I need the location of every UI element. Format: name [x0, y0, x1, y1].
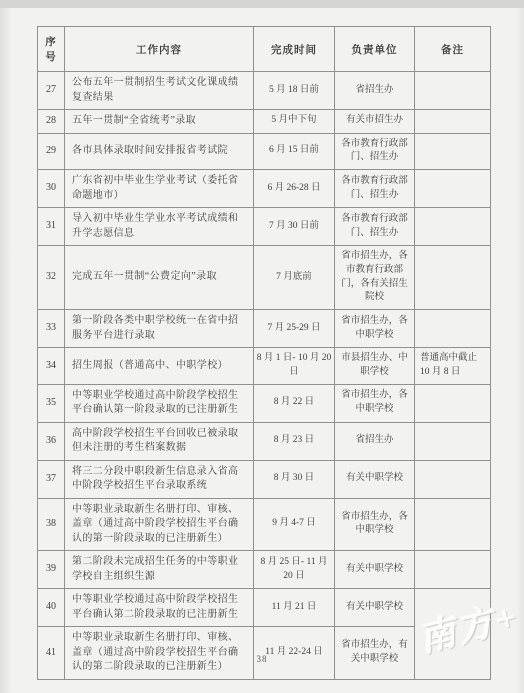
completion-time-cell: 9 月 4-7 日 [254, 498, 335, 551]
row-number-cell: 33 [38, 310, 65, 348]
header-remark: 备注 [415, 27, 491, 72]
work-content-cell: 导入初中毕业生学业水平考试成绩和升学志愿信息 [65, 208, 254, 246]
schedule-table: 序号 工作内容 完成时间 负责单位 备注 27 公布五年一贯制招生考试文化课成绩… [37, 26, 491, 680]
table-row: 31 导入初中毕业生学业水平考试成绩和升学志愿信息 7 月 30 日前 各市教育… [38, 208, 491, 246]
header-completion-time: 完成时间 [254, 27, 335, 72]
document-page: 序号 工作内容 完成时间 负责单位 备注 27 公布五年一贯制招生考试文化课成绩… [0, 0, 524, 693]
completion-time-cell: 8 月 23 日 [254, 422, 335, 460]
remark-cell [415, 208, 491, 246]
completion-time-cell: 6 月 15 日前 [254, 133, 335, 170]
remark-cell: 普通高中截止 10 月 8 日 [415, 348, 491, 385]
remark-cell [415, 133, 491, 170]
row-number-cell: 32 [38, 246, 65, 310]
table-row: 29 各市具体录取时间安排报省考试院 6 月 15 日前 各市教育行政部门、招生… [38, 133, 491, 170]
completion-time-cell: 5 月中下旬 [254, 110, 335, 134]
table-row: 37 将三二分段中职段新生信息录入省高中阶段学校招生平台录取系统 8 月 30 … [38, 460, 491, 498]
row-number-cell: 27 [38, 72, 65, 110]
scan-left-edge [0, 8, 12, 693]
row-number-cell: 34 [38, 348, 65, 385]
row-number-cell: 40 [38, 589, 65, 627]
completion-time-cell: 5 月 18 日前 [254, 72, 335, 110]
scan-right-edge [516, 8, 524, 693]
completion-time-cell: 8 月 1 日- 10 月 20 日 [254, 348, 335, 385]
responsible-unit-cell: 有关中职学校 [335, 551, 415, 589]
remark-cell [415, 551, 491, 589]
table-row: 39 第二阶段未完成招生任务的中等职业学校自主组织生源 8 月 25 日- 11… [38, 551, 491, 589]
remark-cell [415, 110, 491, 134]
responsible-unit-cell: 省市招生办，有关中职学校 [335, 627, 415, 680]
header-work-content: 工作内容 [65, 27, 254, 72]
remark-cell [415, 310, 491, 348]
work-content-cell: 中等职业录取新生名册打印、审核、盖章（通过高中阶段学校招生平台确认的第二阶段录取… [65, 627, 254, 680]
work-content-cell: 完成五年一贯制“公费定向”录取 [65, 246, 254, 310]
work-content-cell: 招生周报（普通高中、中职学校） [65, 348, 254, 385]
remark-cell [415, 422, 491, 460]
scan-top-edge [0, 0, 524, 8]
work-content-cell: 公布五年一贯制招生考试文化课成绩复查结果 [65, 72, 254, 110]
responsible-unit-cell: 市县招生办、中职学校 [335, 348, 415, 385]
table-row: 34 招生周报（普通高中、中职学校） 8 月 1 日- 10 月 20 日 市县… [38, 348, 491, 385]
responsible-unit-cell: 省招生办 [335, 72, 415, 110]
row-number-cell: 41 [38, 627, 65, 680]
row-number-cell: 37 [38, 460, 65, 498]
completion-time-cell: 8 月 25 日- 11 月 20 日 [254, 551, 335, 589]
work-content-cell: 各市具体录取时间安排报省考试院 [65, 133, 254, 170]
work-content-cell: 中等职业学校通过高中阶段学校招生平台确认第二阶段录取的已注册新生 [65, 589, 254, 627]
responsible-unit-cell: 有关中职学校 [335, 460, 415, 498]
header-row-number: 序号 [38, 27, 65, 72]
table-header-row: 序号 工作内容 完成时间 负责单位 备注 [38, 27, 491, 72]
completion-time-cell: 8 月 30 日 [254, 460, 335, 498]
row-number-cell: 30 [38, 170, 65, 208]
work-content-cell: 高中阶段学校招生平台回收已被录取但未注册的考生档案数据 [65, 422, 254, 460]
responsible-unit-cell: 省招生办 [335, 422, 415, 460]
row-number-cell: 35 [38, 384, 65, 422]
responsible-unit-cell: 省市招生办，各中职学校 [335, 310, 415, 348]
completion-time-cell: 11 月 21 日 [254, 589, 335, 627]
responsible-unit-cell: 各市教育行政部门、招生办 [335, 170, 415, 208]
row-number-cell: 28 [38, 110, 65, 134]
row-number-cell: 29 [38, 133, 65, 170]
responsible-unit-cell: 各市教育行政部门、招生办 [335, 208, 415, 246]
table-row: 30 广东省初中毕业生学业考试（委托省命题地市） 6 月 26-28 日 各市教… [38, 170, 491, 208]
table-row: 33 第一阶段各类中职学校统一在省中招服务平台进行录取 7 月 25-29 日 … [38, 310, 491, 348]
remark-cell [415, 384, 491, 422]
completion-time-cell: 6 月 26-28 日 [254, 170, 335, 208]
completion-time-cell: 7 月 25-29 日 [254, 310, 335, 348]
work-content-cell: 第一阶段各类中职学校统一在省中招服务平台进行录取 [65, 310, 254, 348]
responsible-unit-cell: 有关市招生办 [335, 110, 415, 134]
row-number-cell: 36 [38, 422, 65, 460]
completion-time-cell: 8 月 22 日 [254, 384, 335, 422]
table-row: 32 完成五年一贯制“公费定向”录取 7 月底前 省市招生办，各市教育行政部门，… [38, 246, 491, 310]
completion-time-cell: 11 月 22-24 日 [254, 627, 335, 680]
work-content-cell: 中等职业学校通过高中阶段学校招生平台确认第一阶段录取的已注册新生 [65, 384, 254, 422]
remark-cell [415, 498, 491, 551]
table-row: 35 中等职业学校通过高中阶段学校招生平台确认第一阶段录取的已注册新生 8 月 … [38, 384, 491, 422]
responsible-unit-cell: 各市教育行政部门、招生办 [335, 133, 415, 170]
responsible-unit-cell: 有关中职学校 [335, 589, 415, 627]
table-row: 28 五年一贯制“全省统考”录取 5 月中下旬 有关市招生办 [38, 110, 491, 134]
work-content-cell: 广东省初中毕业生学业考试（委托省命题地市） [65, 170, 254, 208]
work-content-cell: 中等职业录取新生名册打印、审核、盖章（通过高中阶段学校招生平台确认的第一阶段录取… [65, 498, 254, 551]
row-number-cell: 31 [38, 208, 65, 246]
responsible-unit-cell: 省市招生办，各中职学校 [335, 384, 415, 422]
header-responsible-unit: 负责单位 [335, 27, 415, 72]
responsible-unit-cell: 省市招生办，各中职学校 [335, 498, 415, 551]
table-row: 27 公布五年一贯制招生考试文化课成绩复查结果 5 月 18 日前 省招生办 [38, 72, 491, 110]
work-content-cell: 将三二分段中职段新生信息录入省高中阶段学校招生平台录取系统 [65, 460, 254, 498]
table-row: 38 中等职业录取新生名册打印、审核、盖章（通过高中阶段学校招生平台确认的第一阶… [38, 498, 491, 551]
work-content-cell: 第二阶段未完成招生任务的中等职业学校自主组织生源 [65, 551, 254, 589]
row-number-cell: 39 [38, 551, 65, 589]
work-content-cell: 五年一贯制“全省统考”录取 [65, 110, 254, 134]
remark-cell [415, 72, 491, 110]
completion-time-cell: 7 月 30 日前 [254, 208, 335, 246]
row-number-cell: 38 [38, 498, 65, 551]
responsible-unit-cell: 省市招生办，各市教育行政部门，各有关招生院校 [335, 246, 415, 310]
remark-cell [415, 246, 491, 310]
completion-time-cell: 7 月底前 [254, 246, 335, 310]
table-row: 36 高中阶段学校招生平台回收已被录取但未注册的考生档案数据 8 月 23 日 … [38, 422, 491, 460]
remark-cell [415, 460, 491, 498]
remark-cell [415, 170, 491, 208]
